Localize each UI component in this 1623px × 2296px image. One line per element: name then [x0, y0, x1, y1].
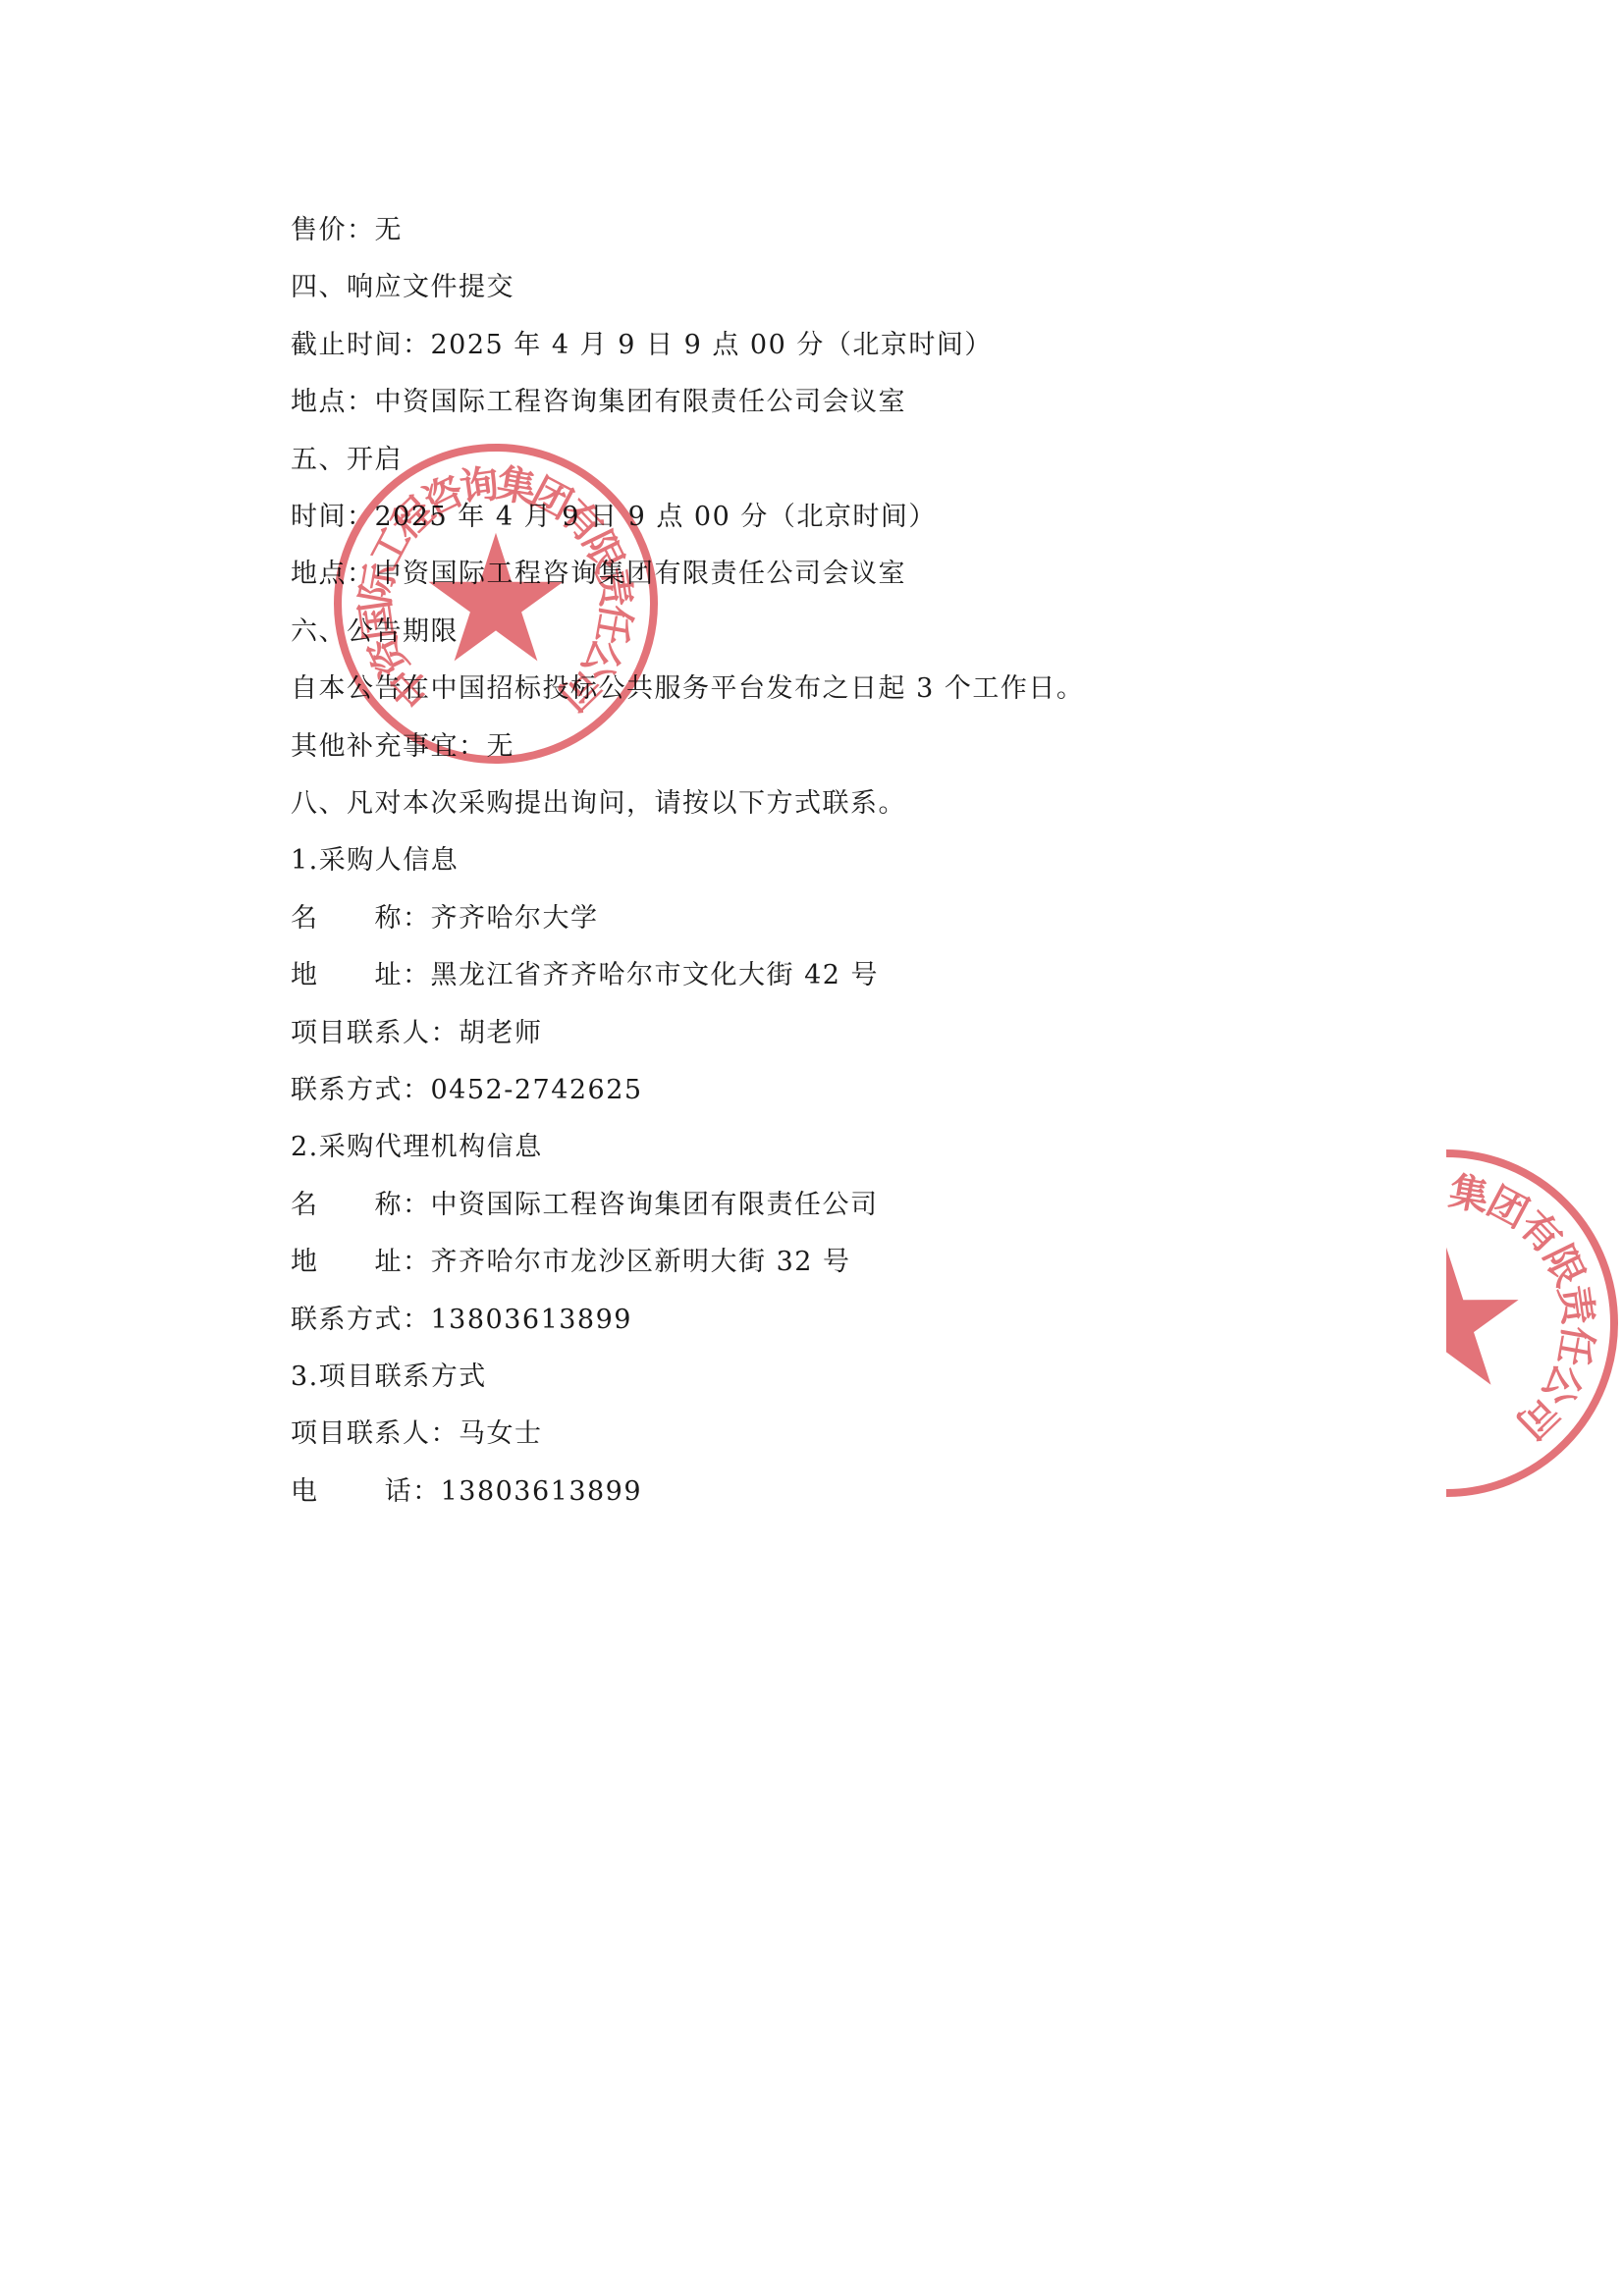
document-line: 地 址：齐齐哈尔市龙沙区新明大街 32 号 [291, 1247, 851, 1278]
svg-text:责: 责 [1550, 1282, 1600, 1329]
document-line: 六、公告期限 [291, 616, 459, 648]
document-line: 地点：中资国际工程咨询集团有限责任公司会议室 [291, 387, 906, 418]
document-line: 1.采购人信息 [291, 845, 459, 877]
document-line: 地 址：黑龙江省齐齐哈尔市文化大街 42 号 [291, 960, 879, 991]
document-line: 截止时间：2025 年 4 月 9 日 9 点 00 分（北京时间） [291, 330, 993, 361]
document-line: 联系方式：13803613899 [291, 1305, 632, 1336]
seal-icon: 中资国际工程咨询集团有限责任公司 [1446, 1148, 1619, 1498]
company-seal: 中资国际工程咨询集团有限责任公司 [333, 443, 659, 765]
document-line: 售价：无 [291, 215, 403, 246]
svg-text:有: 有 [1510, 1202, 1570, 1262]
svg-text:集: 集 [1446, 1169, 1492, 1220]
document-line: 名 称：中资国际工程咨询集团有限责任公司 [291, 1190, 879, 1221]
document-line: 项目联系人：胡老师 [291, 1018, 543, 1049]
document-line: 四、响应文件提交 [291, 272, 514, 303]
document-line: 八、凡对本次采购提出询问，请按以下方式联系。 [291, 788, 906, 820]
svg-text:限: 限 [1535, 1239, 1593, 1294]
svg-text:任: 任 [1549, 1322, 1600, 1368]
svg-text:公: 公 [1533, 1357, 1591, 1413]
document-line: 时间：2025 年 4 月 9 日 9 点 00 分（北京时间） [291, 502, 937, 533]
document-line: 名 称：齐齐哈尔大学 [291, 903, 599, 934]
document-line: 其他补充事宜：无 [291, 731, 514, 763]
document-line: 地点：中资国际工程咨询集团有限责任公司会议室 [291, 559, 906, 590]
document-line: 自本公告在中国招标投标公共服务平台发布之日起 3 个工作日。 [291, 673, 1084, 705]
seal-icon: 中资国际工程咨询集团有限责任公司 [333, 443, 659, 765]
seam-seal: 中资国际工程咨询集团有限责任公司 [1446, 1148, 1623, 1498]
svg-text:任: 任 [587, 601, 638, 647]
document-line: 电 话：13803613899 [291, 1476, 642, 1508]
svg-text:司: 司 [1507, 1387, 1567, 1447]
document-line: 3.项目联系方式 [291, 1362, 487, 1393]
document-page: 售价：无四、响应文件提交截止时间：2025 年 4 月 9 日 9 点 00 分… [0, 0, 1623, 2296]
document-line: 五、开启 [291, 445, 403, 476]
document-line: 2.采购代理机构信息 [291, 1132, 543, 1163]
document-line: 联系方式：0452-2742625 [291, 1075, 643, 1106]
star-icon [1446, 1248, 1519, 1385]
document-line: 项目联系人：马女士 [291, 1418, 543, 1450]
svg-text:询: 询 [1446, 1169, 1451, 1219]
svg-text:团: 团 [1480, 1179, 1536, 1237]
